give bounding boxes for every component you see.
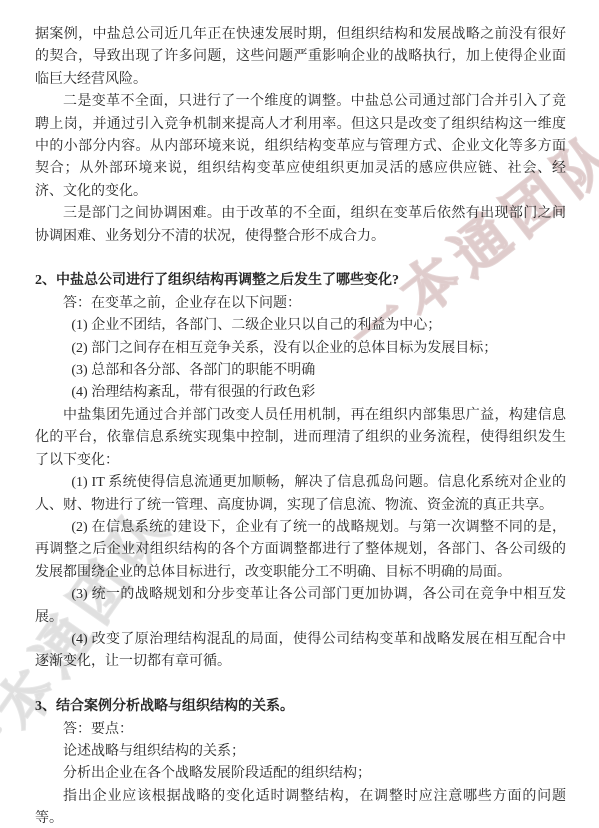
paragraph-issue-three: 三是部门之间协调困难。由于改革的不全面，组织在变革后依然有出现部门之间协调困难、… [35,203,566,248]
q3-answer-point-2: 分析出企业在各个战略发展阶段适配的组织结构； [35,763,566,785]
document-page: 一本通团队 一本通团队 据案例，中盐总公司近几年正在快速发展时期，但组织结构和发… [0,0,599,828]
blank-line [35,248,566,270]
question-2-heading: 2、中盐总公司进行了组织结构再调整之后发生了哪些变化? [35,270,566,292]
q2-problem-item-4: (4) 治理结构紊乱，带有很强的行政色彩 [35,382,566,404]
paragraph-issue-two: 二是变革不全面，只进行了一个维度的调整。中盐总公司通过部门合并引入了竞聘上岗，并… [35,91,566,203]
q2-problem-item-3: (3) 总部和各分部、各部门的职能不明确 [35,360,566,382]
question-3-heading: 3、结合案例分析战略与组织结构的关系。 [35,696,566,718]
q3-answer-point-1: 论述战略与组织结构的关系； [35,741,566,763]
q3-answer-intro: 答：要点： [35,719,566,741]
q2-change-item-2: (2) 在信息系统的建设下，企业有了统一的战略规划。与第一次调整不同的是，再调整… [35,517,566,584]
q2-answer-intro: 答：在变革之前，企业存在以下问题： [35,293,566,315]
q3-answer-point-3: 指出企业应该根据战略的变化适时调整结构，在调整时应注意哪些方面的问题等。 [35,786,566,828]
paragraph-case-summary: 据案例，中盐总公司近几年正在快速发展时期，但组织结构和发展战略之前没有很好的契合… [35,24,566,91]
blank-line [35,674,566,696]
q2-change-item-4: (4) 改变了原治理结构混乱的局面，使得公司结构变革和战略发展在相互配合中逐渐变… [35,629,566,674]
q2-transition-paragraph: 中盐集团先通过合并部门改变人员任用机制，再在组织内部集思广益，构建信息化的平台，… [35,405,566,472]
q2-change-item-1: (1) IT 系统使得信息流通更加顺畅，解决了信息孤岛问题。信息化系统对企业的人… [35,472,566,517]
q2-change-item-3: (3) 统一的战略规划和分步变革让各公司部门更加协调，各公司在竞争中相互发展。 [35,584,566,629]
q2-problem-item-2: (2) 部门之间存在相互竞争关系，没有以企业的总体目标为发展目标； [35,338,566,360]
document-content: 据案例，中盐总公司近几年正在快速发展时期，但组织结构和发展战略之前没有很好的契合… [35,24,566,828]
q2-problem-item-1: (1) 企业不团结，各部门、二级企业只以自己的利益为中心； [35,315,566,337]
